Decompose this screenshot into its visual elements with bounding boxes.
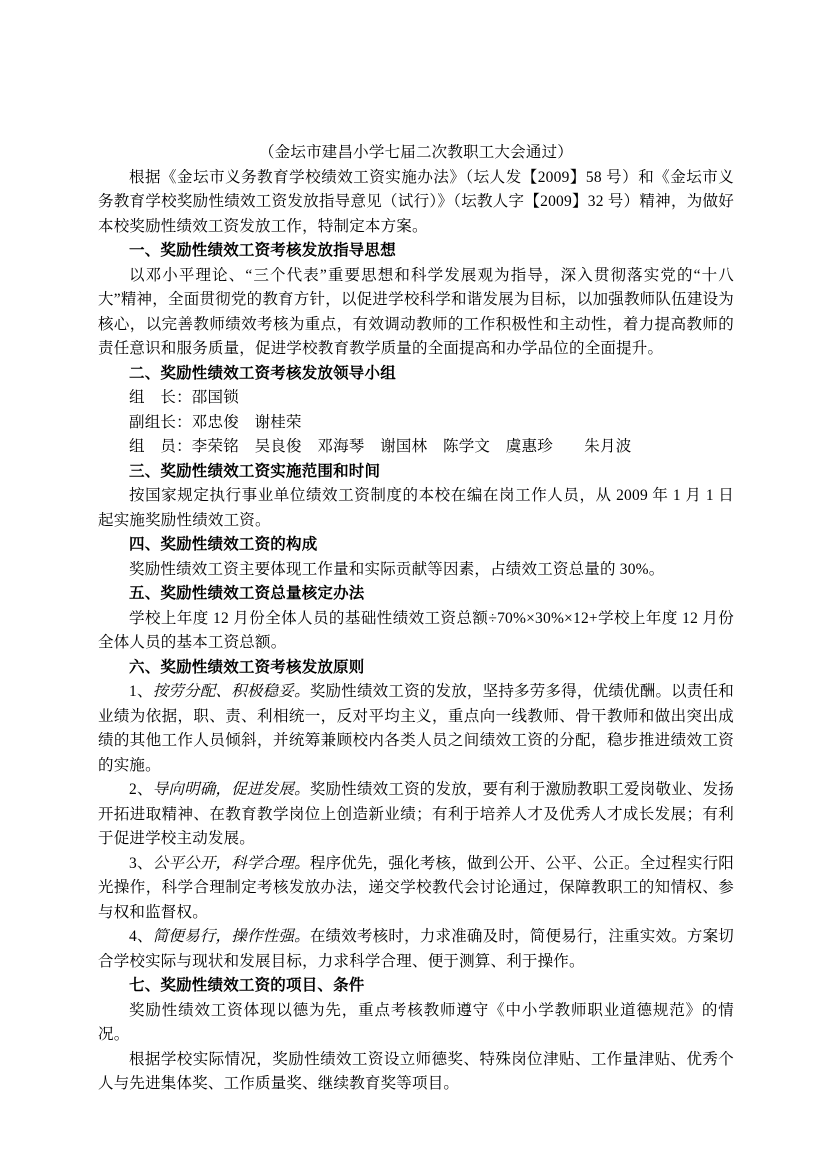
section-heading: 一、奖励性绩效工资考核发放指导思想 xyxy=(98,239,734,264)
section-heading: 三、奖励性绩效工资实施范围和时间 xyxy=(98,460,734,485)
paragraph-text: 以邓小平理论、“三个代表”重要思想和科学发展观为指导，深入贯彻落实党的“十八大”… xyxy=(98,267,734,358)
paragraph: 组 长：邵国锁 xyxy=(98,386,734,411)
paragraph: 根据《金坛市义务教育学校绩效工资实施办法》（坛人发【2009】58 号）和《金坛… xyxy=(98,166,734,240)
item-number: 1、 xyxy=(129,683,153,700)
paragraph-text: 组 员：李荣铭 吴良俊 邓海琴 谢国林 陈学文 虞惠珍 朱月波 xyxy=(129,438,631,455)
item-lead-principle: 简便易行，操作性强。 xyxy=(153,928,310,945)
item-lead-principle: 导向明确，促进发展。 xyxy=(153,781,310,798)
item-number: 3、 xyxy=(129,855,153,872)
heading-text: 六、奖励性绩效工资考核发放原则 xyxy=(129,659,365,676)
paragraph: 2、导向明确，促进发展。奖励性绩效工资的发放，要有利于激励教职工爱岗敬业、发扬开… xyxy=(98,778,734,852)
item-lead-principle: 公平公开，科学合理。 xyxy=(153,855,310,872)
paragraph-text: 奖励性绩效工资体现以德为先，重点考核教师遵守《中小学教师职业道德规范》的情况。 xyxy=(98,1002,734,1044)
item-lead-principle: 按劳分配、积极稳妥。 xyxy=(153,683,310,700)
paragraph: 组 员：李荣铭 吴良俊 邓海琴 谢国林 陈学文 虞惠珍 朱月波 xyxy=(98,435,734,460)
paragraph: 1、按劳分配、积极稳妥。奖励性绩效工资的发放，坚持多劳多得，优绩优酬。以责任和业… xyxy=(98,680,734,778)
paragraph: 学校上年度 12 月份全体人员的基础性绩效工资总额÷70%×30%×12+学校上… xyxy=(98,607,734,656)
paragraph: 以邓小平理论、“三个代表”重要思想和科学发展观为指导，深入贯彻落实党的“十八大”… xyxy=(98,264,734,362)
paragraph: 按国家规定执行事业单位绩效工资制度的本校在编在岗工作人员，从 2009 年 1 … xyxy=(98,484,734,533)
section-heading: 七、奖励性绩效工资的项目、条件 xyxy=(98,974,734,999)
heading-text: 三、奖励性绩效工资实施范围和时间 xyxy=(129,463,380,480)
heading-text: 二、奖励性绩效工资考核发放领导小组 xyxy=(129,365,396,382)
paragraph-text: 根据《金坛市义务教育学校绩效工资实施办法》（坛人发【2009】58 号）和《金坛… xyxy=(98,169,734,235)
item-number: 4、 xyxy=(129,928,153,945)
paragraph: 奖励性绩效工资体现以德为先，重点考核教师遵守《中小学教师职业道德规范》的情况。 xyxy=(98,999,734,1048)
paragraph: 奖励性绩效工资主要体现工作量和实际贡献等因素，占绩效工资总量的 30%。 xyxy=(98,558,734,583)
paragraph-text: 根据学校实际情况，奖励性绩效工资设立师德奖、特殊岗位津贴、工作量津贴、优秀个人与… xyxy=(98,1051,734,1093)
paragraph: 根据学校实际情况，奖励性绩效工资设立师德奖、特殊岗位津贴、工作量津贴、优秀个人与… xyxy=(98,1048,734,1097)
document-body: 根据《金坛市义务教育学校绩效工资实施办法》（坛人发【2009】58 号）和《金坛… xyxy=(98,166,734,1097)
paragraph: 4、简便易行，操作性强。在绩效考核时，力求准确及时，简便易行，注重实效。方案切合… xyxy=(98,925,734,974)
paragraph-text: 按国家规定执行事业单位绩效工资制度的本校在编在岗工作人员，从 2009 年 1 … xyxy=(98,487,734,529)
heading-text: 七、奖励性绩效工资的项目、条件 xyxy=(129,977,365,994)
heading-text: 五、奖励性绩效工资总量核定办法 xyxy=(129,585,365,602)
paragraph-text: 组 长：邵国锁 xyxy=(129,389,239,406)
paragraph-text: 奖励性绩效工资主要体现工作量和实际贡献等因素，占绩效工资总量的 30%。 xyxy=(129,561,665,578)
document-title: （金坛市建昌小学七届二次教职工大会通过） xyxy=(98,141,734,166)
section-heading: 二、奖励性绩效工资考核发放领导小组 xyxy=(98,362,734,387)
heading-text: 一、奖励性绩效工资考核发放指导思想 xyxy=(129,242,396,259)
section-heading: 五、奖励性绩效工资总量核定办法 xyxy=(98,582,734,607)
document-page: （金坛市建昌小学七届二次教职工大会通过） 根据《金坛市义务教育学校绩效工资实施办… xyxy=(0,0,827,1170)
paragraph: 3、公平公开，科学合理。程序优先，强化考核，做到公开、公平、公正。全过程实行阳光… xyxy=(98,852,734,926)
section-heading: 四、奖励性绩效工资的构成 xyxy=(98,533,734,558)
paragraph: 副组长：邓忠俊 谢桂荣 xyxy=(98,411,734,436)
item-number: 2、 xyxy=(129,781,153,798)
section-heading: 六、奖励性绩效工资考核发放原则 xyxy=(98,656,734,681)
heading-text: 四、奖励性绩效工资的构成 xyxy=(129,536,317,553)
paragraph-text: 学校上年度 12 月份全体人员的基础性绩效工资总额÷70%×30%×12+学校上… xyxy=(98,610,734,652)
paragraph-text: 副组长：邓忠俊 谢桂荣 xyxy=(129,414,302,431)
document-content: （金坛市建昌小学七届二次教职工大会通过） 根据《金坛市义务教育学校绩效工资实施办… xyxy=(98,141,734,1097)
